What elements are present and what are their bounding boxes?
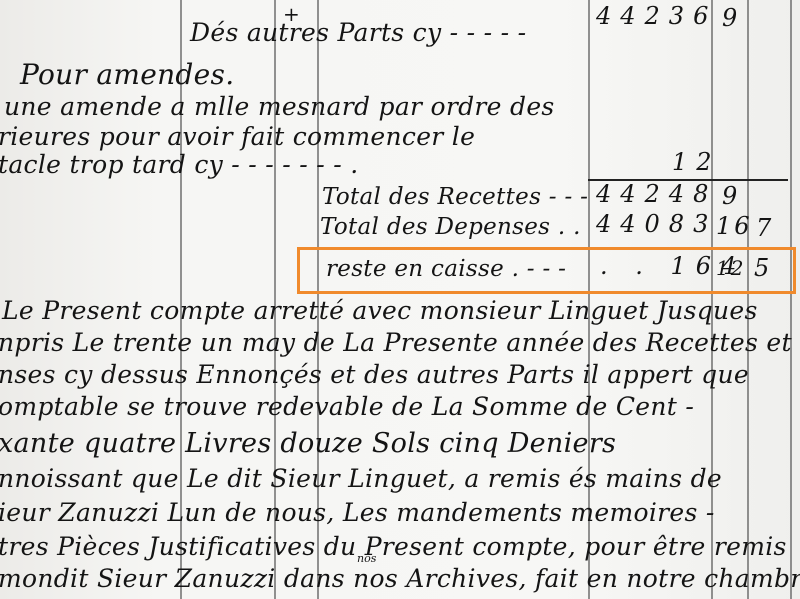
- total-recettes-sols: 9: [722, 182, 746, 210]
- total-depenses-livres: 44083: [596, 210, 717, 238]
- top-entry-sols: 9: [722, 4, 746, 32]
- reste-en-caisse-deniers: 5: [754, 254, 778, 282]
- total-recettes-livres: 44248: [596, 180, 717, 208]
- manuscript-page: + Dés autres Parts cy - - - - - 44236 9 …: [0, 0, 800, 599]
- total-recettes-label: Total des Recettes - - -: [322, 184, 588, 210]
- body-line-1: Le Present compte arretté avec monsieur …: [2, 296, 758, 325]
- body-line-7: ieur Zanuzzi Lun de nous, Les mandements…: [0, 498, 715, 527]
- body-line-6: nnoissant que Le dit Sieur Linguet, a re…: [0, 464, 722, 493]
- amendes-line-2: rieures pour avoir fait commencer le: [0, 122, 475, 151]
- body-line-2: npris Le trente un may de La Presente an…: [0, 328, 792, 357]
- total-depenses-sols: 16: [716, 212, 753, 240]
- reste-en-caisse-label: reste en caisse . - - -: [326, 256, 566, 282]
- reste-en-caisse-sols: 12: [716, 256, 745, 280]
- amendes-livres: 12: [672, 148, 721, 176]
- top-entry-label: Dés autres Parts cy - - - - -: [190, 18, 526, 47]
- body-line-8: tres Pièces Justificatives du Present co…: [0, 532, 787, 561]
- body-line-5: xante quatre Livres douze Sols cinq Deni…: [0, 428, 616, 459]
- top-entry-livres: 44236: [596, 2, 717, 30]
- total-depenses-label: Total des Depenses . .: [320, 214, 581, 240]
- total-depenses-deniers: 7: [756, 214, 780, 242]
- right-rule: [790, 0, 792, 599]
- amendes-line-3: tacle trop tard cy - - - - - - - .: [0, 150, 359, 179]
- amendes-line-1: une amende a mlle mesnard par ordre des: [4, 92, 555, 121]
- amendes-heading: Pour amendes.: [20, 58, 234, 91]
- body-line-9: mondit Sieur Zanuzzi dans nos Archives, …: [0, 564, 800, 593]
- body-line-4: omptable se trouve redevable de La Somme…: [0, 392, 694, 421]
- body-line-3: nses cy dessus Ennonçés et des autres Pa…: [0, 360, 749, 389]
